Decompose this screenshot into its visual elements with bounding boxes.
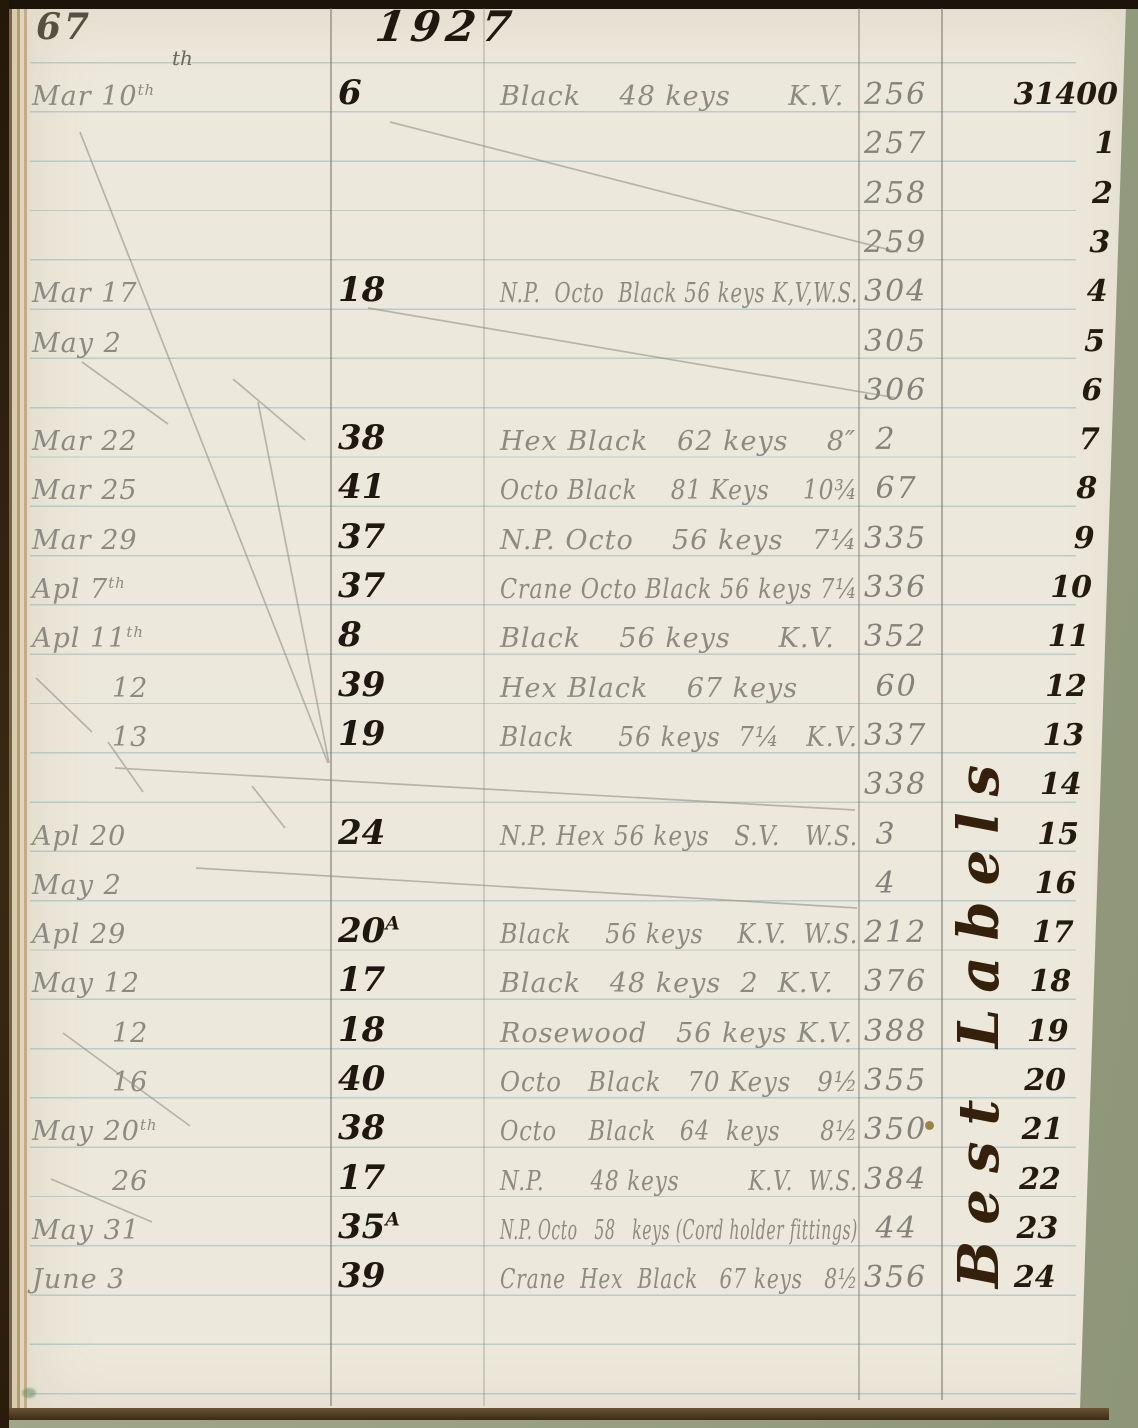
description-cell: Crane Hex Black 67 keys 8½	[500, 1266, 858, 1293]
index-number-cell: 16	[1035, 869, 1077, 899]
description-cell: Black 56 keys 7¼ K.V.	[500, 724, 858, 751]
index-number-cell: 7	[1079, 425, 1100, 455]
ledger-row: 2582	[0, 162, 1138, 212]
quantity-cell: 19	[338, 717, 480, 751]
quantity-cell: 41	[338, 470, 480, 504]
index-number-cell: 15	[1037, 820, 1079, 850]
description-cell: N.P. Octo Black 56 keys K,V,W.S.	[500, 280, 858, 307]
ledger-content: 67 th 1927 Mar 10th6Black 48 keys K.V.25…	[0, 0, 1138, 1428]
side-note-best-labels: Best Labels	[946, 332, 1020, 1288]
serial-number-cell: 2	[864, 425, 940, 455]
index-number-cell: 21	[1022, 1115, 1064, 1145]
serial-number-cell: 355	[864, 1066, 940, 1096]
quantity-cell: 18	[338, 273, 480, 307]
description-cell: Black 48 keys K.V.	[500, 83, 844, 110]
index-number-cell: 20	[1024, 1066, 1066, 1096]
date-cell: May 2	[32, 872, 327, 899]
serial-number-cell: 384	[864, 1165, 940, 1195]
description-cell: N.P. Hex 56 keys S.V. W.S.	[500, 823, 858, 850]
index-number-cell: 2	[1092, 179, 1113, 209]
date-cell: Apl 7th	[32, 576, 327, 603]
serial-number-cell: 376	[864, 967, 940, 997]
description-cell: N.P. Octo 58 keys (Cord holder fittings)	[500, 1217, 858, 1244]
quantity-cell: 39	[338, 1259, 480, 1293]
serial-number-cell: 67	[864, 474, 940, 504]
page-number: 67	[36, 6, 92, 48]
quantity-cell: 8	[338, 618, 480, 652]
date-cell: Apl 20	[32, 823, 327, 850]
index-number-cell: 3	[1089, 228, 1110, 258]
serial-number-cell: 338	[864, 770, 940, 800]
description-cell: Crane Octo Black 56 keys 7¼	[500, 576, 858, 603]
index-number-cell: 24	[1014, 1263, 1056, 1293]
index-number-cell: 12	[1045, 672, 1087, 702]
serial-number-cell: 352	[864, 622, 940, 652]
date-cell: Mar 10th	[32, 83, 327, 110]
date-cell: May 20th	[32, 1118, 327, 1145]
quantity-cell: 39	[338, 668, 480, 702]
index-number-cell: 8	[1076, 474, 1097, 504]
quantity-cell: 38	[338, 421, 480, 455]
serial-number-cell: 337	[864, 721, 940, 751]
date-cell: Mar 17	[32, 280, 327, 307]
index-number-cell: 6	[1082, 376, 1103, 406]
description-cell: N.P. 48 keys K.V. W.S.	[500, 1168, 858, 1195]
description-cell: Hex Black 67 keys	[500, 675, 798, 702]
index-number-cell: 18	[1029, 967, 1071, 997]
ledger-row: 2593	[0, 211, 1138, 261]
quantity-cell: 20A	[338, 914, 480, 948]
year-title: 1927	[373, 2, 521, 51]
description-cell: Black 48 keys 2 K.V.	[500, 970, 834, 997]
description-cell: N.P. Octo 56 keys 7¼	[500, 527, 858, 554]
index-number-cell: 22	[1019, 1165, 1061, 1195]
serial-number-cell: 258	[864, 179, 940, 209]
index-number-cell: 23	[1016, 1214, 1058, 1244]
serial-number-cell: 44	[864, 1214, 940, 1244]
date-cell: May 31	[32, 1217, 327, 1244]
date-cell: Apl 11th	[32, 625, 327, 652]
index-number-cell: 10	[1050, 573, 1092, 603]
serial-number-cell: 306	[864, 376, 940, 406]
ledger-row: Mar 1718N.P. Octo Black 56 keys K,V,W.S.…	[0, 260, 1138, 310]
serial-number-cell: 257	[864, 129, 940, 159]
date-cell: Apl 29	[32, 921, 327, 948]
quantity-cell: 35A	[338, 1210, 480, 1244]
description-cell: Black 56 keys K.V.	[500, 625, 835, 652]
date-cell: May 2	[32, 330, 327, 357]
description-cell: Octo Black 70 Keys 9½	[500, 1069, 858, 1096]
ledger-row: Mar 10th6Black 48 keys K.V.25631400	[0, 63, 1138, 113]
quantity-cell: 40	[338, 1062, 480, 1096]
index-number-cell: 4	[1087, 277, 1108, 307]
serial-number-cell: 336	[864, 573, 940, 603]
serial-number-cell: 3	[864, 820, 940, 850]
date-cell: Mar 22	[32, 428, 327, 455]
index-number-cell: 13	[1042, 721, 1084, 751]
serial-number-cell: 256	[864, 80, 940, 110]
serial-number-cell: 350	[864, 1115, 940, 1145]
description-cell: Octo Black 64 keys 8½	[500, 1118, 858, 1145]
index-number-cell: 31400	[1014, 80, 1118, 110]
serial-number-cell: 304	[864, 277, 940, 307]
serial-number-cell: 335	[864, 524, 940, 554]
ledger-photo: 67 th 1927 Mar 10th6Black 48 keys K.V.25…	[0, 0, 1138, 1428]
paper-stain	[925, 1121, 934, 1130]
index-number-cell: 17	[1032, 918, 1074, 948]
ledger-row: 2571	[0, 112, 1138, 162]
index-number-cell: 5	[1084, 327, 1105, 357]
index-number-cell: 1	[1095, 129, 1116, 159]
serial-number-cell: 4	[864, 869, 940, 899]
date-cell: Mar 25	[32, 477, 327, 504]
quantity-cell: 37	[338, 569, 480, 603]
index-number-cell: 9	[1074, 524, 1095, 554]
quantity-cell: 17	[338, 1161, 480, 1195]
serial-number-cell: 212	[864, 918, 940, 948]
serial-number-cell: 388	[864, 1017, 940, 1047]
date-cell: Mar 29	[32, 527, 327, 554]
description-cell: Black 56 keys K.V. W.S.	[500, 921, 858, 948]
quantity-cell: 38	[338, 1111, 480, 1145]
description-cell: Octo Black 81 Keys 10¾	[500, 477, 858, 504]
quantity-cell: 17	[338, 963, 480, 997]
date-cell: June 3	[32, 1266, 327, 1293]
quantity-cell: 37	[338, 520, 480, 554]
index-number-cell: 19	[1027, 1017, 1069, 1047]
index-number-cell: 14	[1040, 770, 1082, 800]
quantity-cell: 18	[338, 1013, 480, 1047]
index-number-cell: 11	[1048, 622, 1090, 652]
quantity-cell: 24	[338, 816, 480, 850]
quantity-cell: 6	[338, 76, 480, 110]
serial-number-cell: 356	[864, 1263, 940, 1293]
green-smudge	[22, 1388, 36, 1398]
date-cell: May 12	[32, 970, 327, 997]
description-cell: Hex Black 62 keys 8″	[500, 428, 856, 455]
description-cell: Rosewood 56 keys K.V.	[500, 1020, 853, 1047]
serial-number-cell: 259	[864, 228, 940, 258]
serial-number-cell: 305	[864, 327, 940, 357]
serial-number-cell: 60	[864, 672, 940, 702]
